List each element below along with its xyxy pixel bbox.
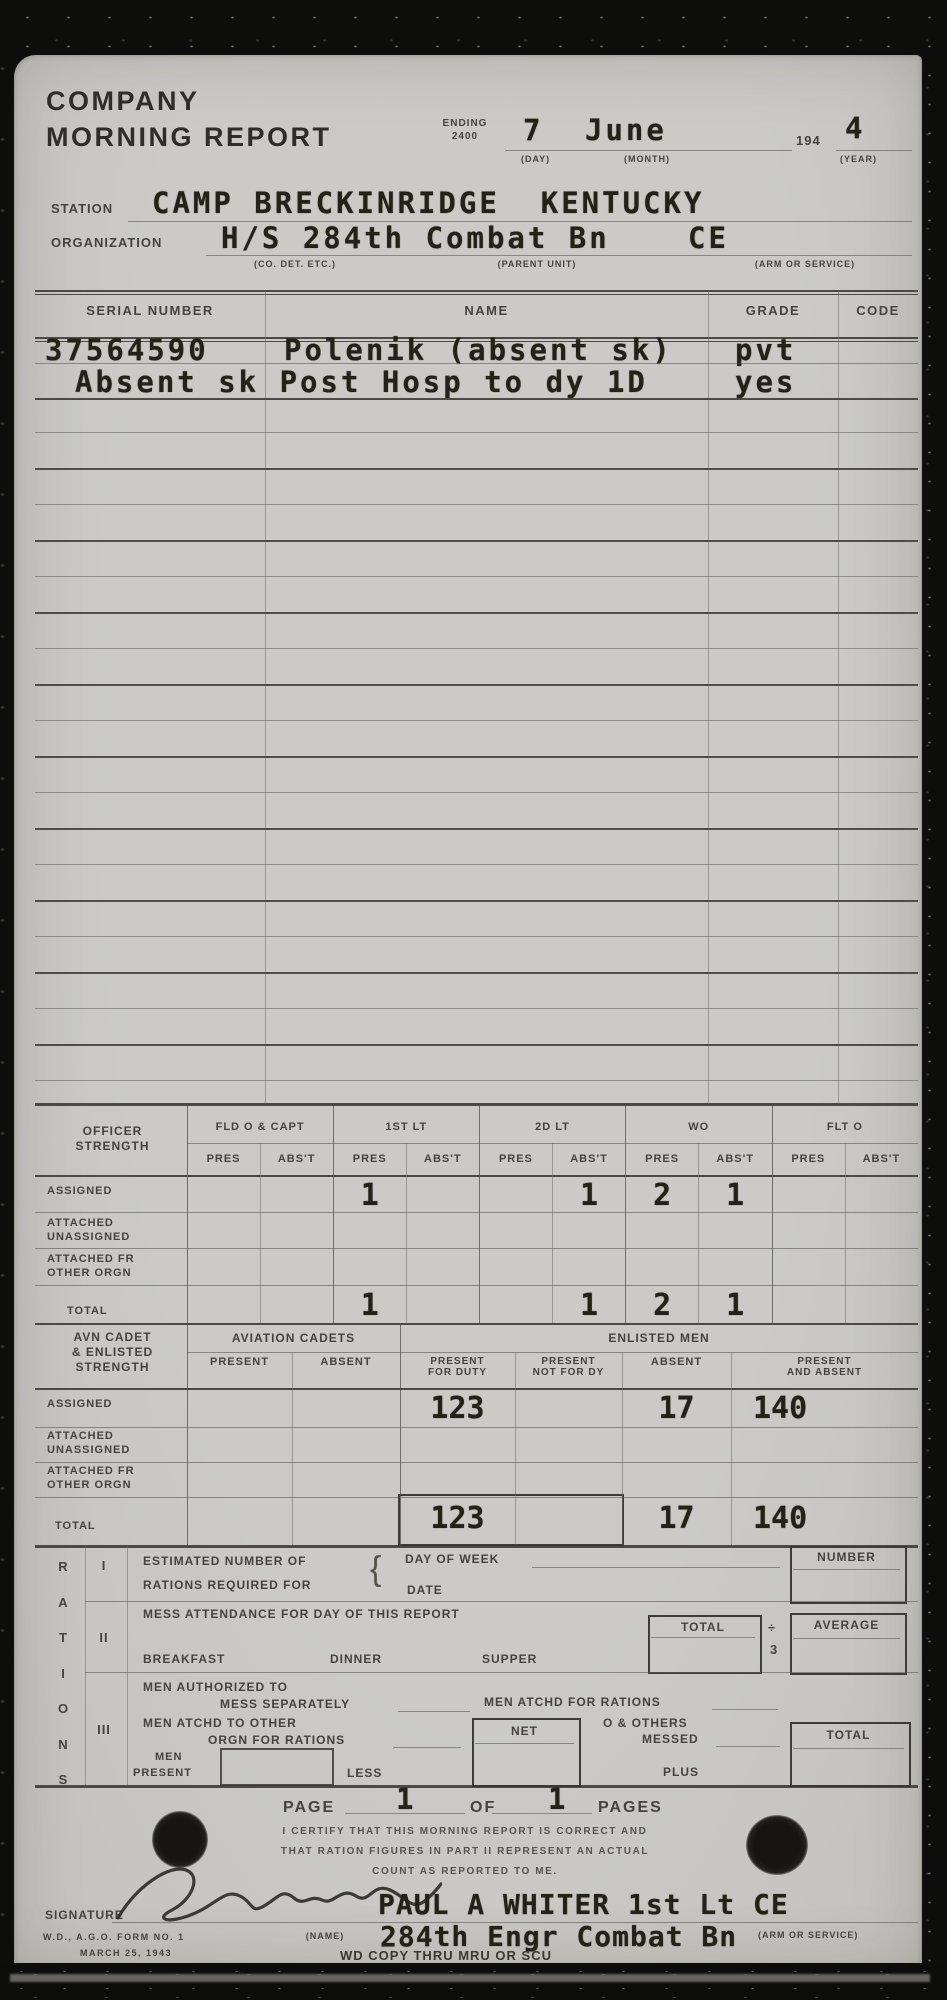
rations3-messed-underline [716, 1746, 780, 1747]
enlisted-subheader-row: PRESENT ABSENT PRESENT FOR DUTY PRESENT … [187, 1356, 918, 1378]
enlisted-assigned-v2: 123 [400, 1391, 515, 1426]
enlisted-assigned-v3 [515, 1391, 622, 1426]
day-typed: 7 [523, 113, 543, 147]
roster-empty-rule-lines [35, 398, 918, 1098]
rations2-average-box-label: AVERAGE [790, 1618, 903, 1633]
officer-group-line-4 [772, 1103, 773, 1323]
enlisted-sub-absent: ABSENT [292, 1356, 400, 1378]
organization-typed: H/S 284th Combat Bn [221, 221, 610, 255]
rations1-date-label: DATE [407, 1583, 443, 1598]
rations3-l2b: ORGN FOR RATIONS [208, 1733, 345, 1748]
page-underline [345, 1813, 465, 1814]
rations3-men-present-box [220, 1748, 334, 1786]
pages-label: PAGES [598, 1798, 663, 1818]
officer-sub-abst-2: ABS'T [406, 1153, 479, 1165]
enlisted-total-v1 [292, 1501, 400, 1536]
rations3-l2a: MEN ATCHD TO OTHER [143, 1716, 297, 1731]
rations-row2-divider [85, 1672, 918, 1673]
officer-assigned-v7: 1 [699, 1178, 772, 1213]
enlisted-row-att-fr-label: ATTACHED FR OTHER ORGN [47, 1465, 135, 1493]
rations3-plus: PLUS [663, 1765, 699, 1780]
roster-top-line-1 [35, 290, 918, 292]
cert-line-1: I CERTIFY THAT THIS MORNING REPORT IS CO… [240, 1822, 690, 1842]
rations3-messed: MESSED [642, 1732, 699, 1747]
officer-assigned-v3 [406, 1178, 479, 1213]
officer-total-v7: 1 [699, 1288, 772, 1323]
officer-sub-line-2 [406, 1143, 407, 1323]
org-sublabel-3: (ARM OR SERVICE) [730, 259, 880, 270]
enlisted-total-v0 [187, 1501, 292, 1536]
year-prefix: 194 [796, 133, 821, 149]
ending-value: 2400 [430, 131, 500, 144]
officer-assigned-v8 [772, 1178, 845, 1213]
year-underline [836, 150, 912, 151]
rations1-day-of-week-label: DAY OF WEEK [405, 1552, 499, 1567]
roster-row1-name: Polenik (absent sk) [284, 333, 673, 367]
officer-assigned-v6: 2 [626, 1178, 699, 1213]
officer-assigned-v9 [845, 1178, 918, 1213]
rations3-net-box-label: NET [472, 1724, 577, 1739]
pages-number-typed: 1 [548, 1782, 568, 1816]
month-typed: June [585, 113, 667, 147]
rations2-dinner: DINNER [330, 1652, 382, 1667]
rations1-line2: RATIONS REQUIRED FOR [143, 1578, 311, 1593]
rations3-o-others: O & OTHERS [603, 1716, 688, 1731]
officer-group-fldo-capt: FLD O & CAPT [187, 1121, 333, 1133]
enlisted-col-line-3 [515, 1352, 516, 1545]
rations3-atchd-underline [712, 1709, 778, 1710]
rations3-total-box-divider [793, 1748, 904, 1749]
enlisted-assigned-v5: 140 [731, 1391, 940, 1426]
rations3-mess-sep-underline [398, 1711, 470, 1712]
rations1-number-box-divider [793, 1569, 900, 1570]
officer-total-v4 [479, 1288, 552, 1323]
officer-sub-line-4 [698, 1143, 699, 1323]
rations3-present: PRESENT [133, 1767, 192, 1781]
enlisted-group-aviation: AVIATION CADETS [187, 1331, 400, 1346]
rations2-total-box-label: TOTAL [648, 1620, 758, 1635]
rations-numeral-1: I [90, 1558, 118, 1574]
enlisted-att-unassigned-line [35, 1462, 918, 1463]
officer-group-line-3 [625, 1103, 626, 1323]
officer-sub-pres-4: PRES [626, 1153, 699, 1165]
org-sublabel-2: (PARENT UNIT) [467, 259, 607, 270]
officer-sub-pres-3: PRES [479, 1153, 552, 1165]
enlisted-row-total-label: TOTAL [55, 1520, 96, 1534]
roster-row1-grade: pvt [735, 333, 796, 367]
officer-sub-abst-5: ABS'T [845, 1153, 918, 1165]
enlisted-table-bottom-line [35, 1545, 918, 1548]
rations-numeral-2: II [90, 1630, 118, 1646]
station-label: STATION [51, 201, 113, 217]
arm-service-sublabel: (ARM OR SERVICE) [758, 1930, 858, 1941]
year-typed: 4 [845, 111, 865, 145]
officer-row-assigned-label: ASSIGNED [47, 1185, 112, 1199]
enlisted-col-line-2 [400, 1323, 401, 1545]
officer-row-total-label: TOTAL [67, 1305, 108, 1319]
roster-row2-name: Absent sk Post Hosp to dy 1D [75, 365, 648, 399]
officer-table-top-line [35, 1103, 918, 1106]
day-sublabel: (DAY) [521, 154, 550, 165]
organization-arm-typed: CE [688, 221, 729, 255]
rations3-men: MEN [155, 1751, 182, 1765]
enlisted-group-enlisted-men: ENLISTED MEN [400, 1331, 918, 1346]
enlisted-assigned-v1 [292, 1391, 400, 1426]
ending-label: ENDING [430, 118, 500, 131]
rations1-number-box-label: NUMBER [790, 1550, 903, 1565]
wd-copy-text: WD COPY THRU MRU OR SCU [340, 1948, 552, 1964]
rations2-divide-sign: ÷ [768, 1620, 776, 1636]
officer-sub-line-3 [552, 1143, 553, 1323]
officer-table-bottom-line [35, 1323, 918, 1325]
enlisted-total-v5: 140 [731, 1501, 940, 1536]
rations2-breakfast: BREAKFAST [143, 1652, 225, 1667]
enlisted-col-line-5 [731, 1352, 732, 1545]
page-number-typed: 1 [396, 1782, 416, 1816]
officer-total-v6: 2 [626, 1288, 699, 1323]
officer-group-wo: WO [626, 1121, 772, 1133]
rations3-net-box-divider [475, 1743, 574, 1744]
officer-total-v9 [845, 1288, 918, 1323]
org-sublabel-1: (CO. DET. ETC.) [225, 259, 365, 270]
enlisted-assigned-line [35, 1427, 918, 1428]
enlisted-total-v4: 17 [622, 1501, 731, 1536]
rations2-divide-by: 3 [770, 1642, 778, 1658]
page-label: PAGE [283, 1798, 335, 1818]
rations1-line1: ESTIMATED NUMBER OF [143, 1554, 306, 1569]
rations3-less: LESS [347, 1766, 382, 1781]
form-date: MARCH 25, 1943 [80, 1948, 172, 1959]
rations2-average-box-divider [793, 1638, 900, 1639]
officer-total-v8 [772, 1288, 845, 1323]
rations-bottom-line [35, 1785, 918, 1788]
enlisted-row-att-unassigned-label: ATTACHED UNASSIGNED [47, 1430, 130, 1458]
rations-letters-col-line [85, 1545, 86, 1785]
officer-group-header-row: FLD O & CAPT 1ST LT 2D LT WO FLT O [187, 1121, 918, 1133]
enlisted-row-assigned-values: 123 17 140 [187, 1391, 918, 1426]
officer-total-v5: 1 [552, 1288, 625, 1323]
enlisted-row-assigned-label: ASSIGNED [47, 1398, 112, 1412]
officer-sub-pres-1: PRES [187, 1153, 260, 1165]
rations3-l1b: MESS SEPARATELY [220, 1697, 350, 1712]
enlisted-total-boxed-cell [398, 1494, 624, 1546]
enlisted-header-bottom-line [35, 1388, 918, 1390]
rations3-orgn-underline [393, 1747, 461, 1748]
officer-group-line-2 [479, 1103, 480, 1323]
roster-row2-grade: yes [735, 365, 796, 399]
organization-underline [206, 255, 912, 256]
enlisted-sub-absent-2: ABSENT [622, 1356, 731, 1378]
rations1-day-underline [532, 1567, 780, 1568]
enlisted-assigned-v0 [187, 1391, 292, 1426]
officer-group-2d-lt: 2D LT [479, 1121, 625, 1133]
roster-header-serial: SERIAL NUMBER [35, 303, 265, 319]
of-label: OF [470, 1798, 496, 1818]
pages-underline [492, 1813, 592, 1814]
organization-label: ORGANIZATION [51, 235, 162, 251]
officer-total-v2: 1 [333, 1288, 406, 1323]
form-title-line1: COMPANY [46, 86, 200, 117]
officer-header-bottom-line [35, 1175, 918, 1177]
officer-sub-line-1 [260, 1143, 261, 1323]
roster-row1-line [35, 363, 918, 364]
name-sublabel: (NAME) [285, 1931, 365, 1942]
bottom-scan-streak [10, 1974, 930, 1982]
form-title-line2: MORNING REPORT [46, 122, 332, 153]
officer-group-line-1 [333, 1103, 334, 1323]
rations2-total-box-divider [651, 1637, 755, 1638]
officer-total-v0 [187, 1288, 260, 1323]
punch-hole-right [746, 1815, 808, 1875]
officer-group-1st-lt: 1ST LT [333, 1121, 479, 1133]
officer-assigned-v2: 1 [333, 1178, 406, 1213]
officer-sub-pres-5: PRES [772, 1153, 845, 1165]
enlisted-group-underline [187, 1352, 918, 1353]
officer-sub-abst-3: ABS'T [552, 1153, 625, 1165]
strength-label-col-line [187, 1103, 188, 1545]
officer-row-att-fr-label: ATTACHED FR OTHER ORGN [47, 1253, 135, 1281]
officer-assigned-v1 [260, 1178, 333, 1213]
roster-row1-serial: 37564590 [45, 333, 209, 367]
rations-side-letters: R A T I O N S [52, 1549, 74, 1798]
roster-header-code: CODE [838, 303, 918, 319]
rations-row1-divider [85, 1601, 918, 1602]
officer-sub-abst-1: ABS'T [260, 1153, 333, 1165]
rations1-brace: { [370, 1548, 382, 1591]
roster-header-name: NAME [265, 303, 708, 319]
officer-assigned-v4 [479, 1178, 552, 1213]
roster-header-grade: GRADE [708, 303, 838, 319]
officer-strength-label: OFFICER STRENGTH [40, 1124, 185, 1154]
rations3-l1a: MEN AUTHORIZED TO [143, 1680, 288, 1695]
rations3-total-box-label: TOTAL [790, 1728, 907, 1743]
date-underline [505, 150, 792, 151]
officer-total-v1 [260, 1288, 333, 1323]
signature-name-typed: PAUL A WHITER 1st Lt CE [378, 1888, 789, 1921]
rations2-line1: MESS ATTENDANCE FOR DAY OF THIS REPORT [143, 1607, 460, 1622]
roster-top-line-2 [35, 294, 918, 295]
enlisted-sub-present-not-for-dy: PRESENT NOT FOR DY [515, 1356, 622, 1378]
officer-sub-line-5 [845, 1143, 846, 1323]
rations-numeral-col-line [127, 1545, 128, 1785]
month-sublabel: (MONTH) [624, 154, 670, 165]
enlisted-sub-present-for-duty: PRESENT FOR DUTY [400, 1356, 515, 1378]
officer-total-v3 [406, 1288, 479, 1323]
enlisted-assigned-v4: 17 [622, 1391, 731, 1426]
officer-assigned-v0 [187, 1178, 260, 1213]
year-sublabel: (YEAR) [840, 154, 877, 165]
rations2-supper: SUPPER [482, 1652, 537, 1667]
officer-group-flt-o: FLT O [772, 1121, 918, 1133]
officer-att-fr-line [35, 1285, 918, 1286]
scanned-morning-report: COMPANY MORNING REPORT ENDING 2400 7 Jun… [0, 0, 947, 2000]
officer-row-att-unassigned-label: ATTACHED UNASSIGNED [47, 1217, 130, 1245]
officer-att-unassigned-line [35, 1248, 918, 1249]
enlisted-sub-present: PRESENT [187, 1356, 292, 1378]
officer-assigned-v5: 1 [552, 1178, 625, 1213]
rations-numeral-3: III [88, 1722, 120, 1738]
enlisted-col-line-4 [622, 1352, 623, 1545]
enlisted-strength-label: AVN CADET & ENLISTED STRENGTH [40, 1330, 185, 1375]
enlisted-col-line-1 [292, 1352, 293, 1545]
officer-sub-abst-4: ABS'T [699, 1153, 772, 1165]
rations3-l1c: MEN ATCHD FOR RATIONS [484, 1695, 661, 1710]
officer-assigned-line [35, 1212, 918, 1213]
enlisted-sub-present-and-absent: PRESENT AND ABSENT [731, 1356, 918, 1378]
form-number: W.D., A.G.O. FORM NO. 1 [43, 1932, 185, 1943]
officer-sub-pres-2: PRES [333, 1153, 406, 1165]
station-typed: CAMP BRECKINRIDGE KENTUCKY [152, 186, 704, 220]
